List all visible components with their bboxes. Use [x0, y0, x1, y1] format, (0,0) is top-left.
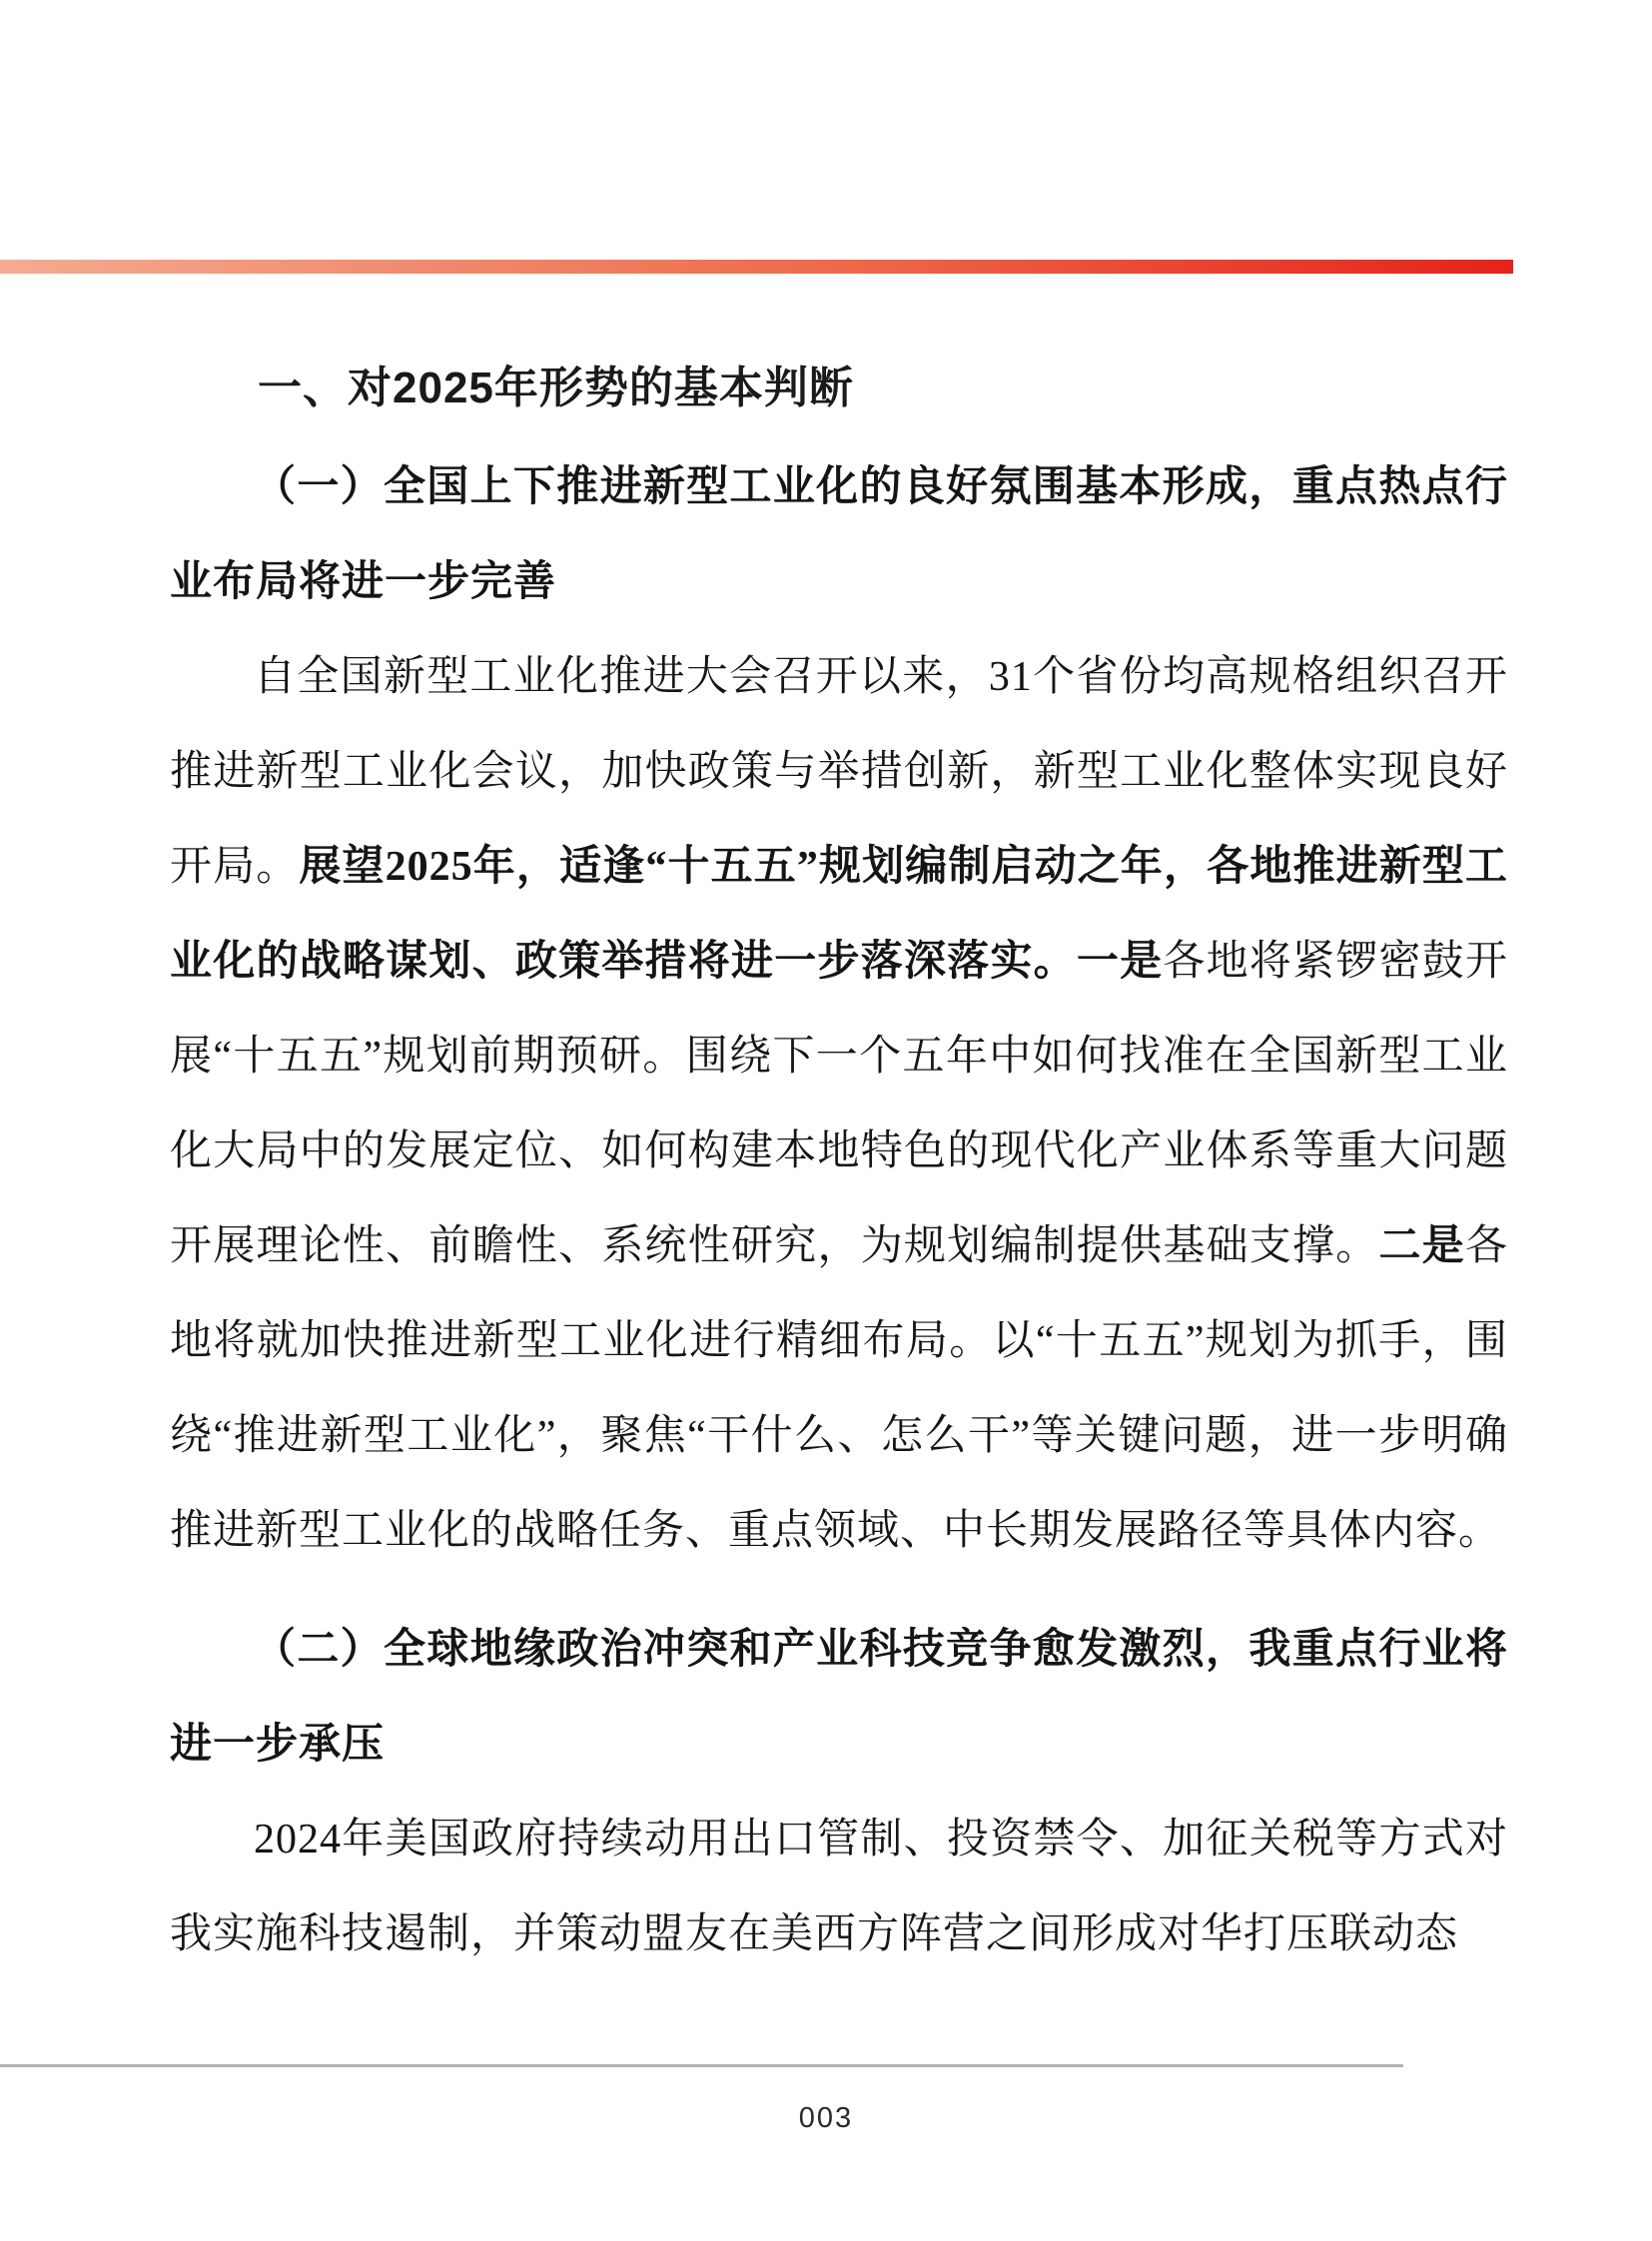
- page-number: 003: [0, 2102, 1652, 2135]
- top-accent-bar: [0, 260, 1513, 274]
- sections-container: （一）全国上下推进新型工业化的良好氛围基本形成，重点热点行业布局将进一步完善自全…: [170, 440, 1508, 1982]
- bold-text-run: 一是: [1077, 939, 1163, 985]
- text-run: 各地将紧锣密鼓开展“十五五”规划前期预研。围绕下一个五年中如何找准在全国新型工业…: [170, 939, 1508, 1269]
- document-page: 一、对2025年形势的基本判断 （一）全国上下推进新型工业化的良好氛围基本形成，…: [0, 0, 1652, 2241]
- paragraph: 自全国新型工业化推进大会召开以来，31个省份均高规格组织召开推进新型工业化会议，…: [170, 630, 1508, 1579]
- document-content: 一、对2025年形势的基本判断 （一）全国上下推进新型工业化的良好氛围基本形成，…: [170, 274, 1508, 1982]
- text-run: 各地将就加快推进新型工业化进行精细布局。以“十五五”规划为抓手，围绕“推进新型工…: [170, 1223, 1508, 1554]
- paragraph: 2024年美国政府持续动用出口管制、投资禁令、加征关税等方式对我实施科技遏制，并…: [170, 1793, 1508, 1982]
- subsection-heading: （一）全国上下推进新型工业化的良好氛围基本形成，重点热点行业布局将进一步完善: [170, 440, 1508, 630]
- text-run: 2024年美国政府持续动用出口管制、投资禁令、加征关税等方式对我实施科技遏制，并…: [170, 1817, 1508, 1957]
- section-heading: 一、对2025年形势的基本判断: [258, 360, 1508, 416]
- bold-text-run: 二是: [1379, 1223, 1465, 1269]
- subsection-heading: （二）全球地缘政治冲突和产业科技竞争愈发激烈，我重点行业将进一步承压: [170, 1603, 1508, 1793]
- footer-divider-line: [0, 2064, 1403, 2067]
